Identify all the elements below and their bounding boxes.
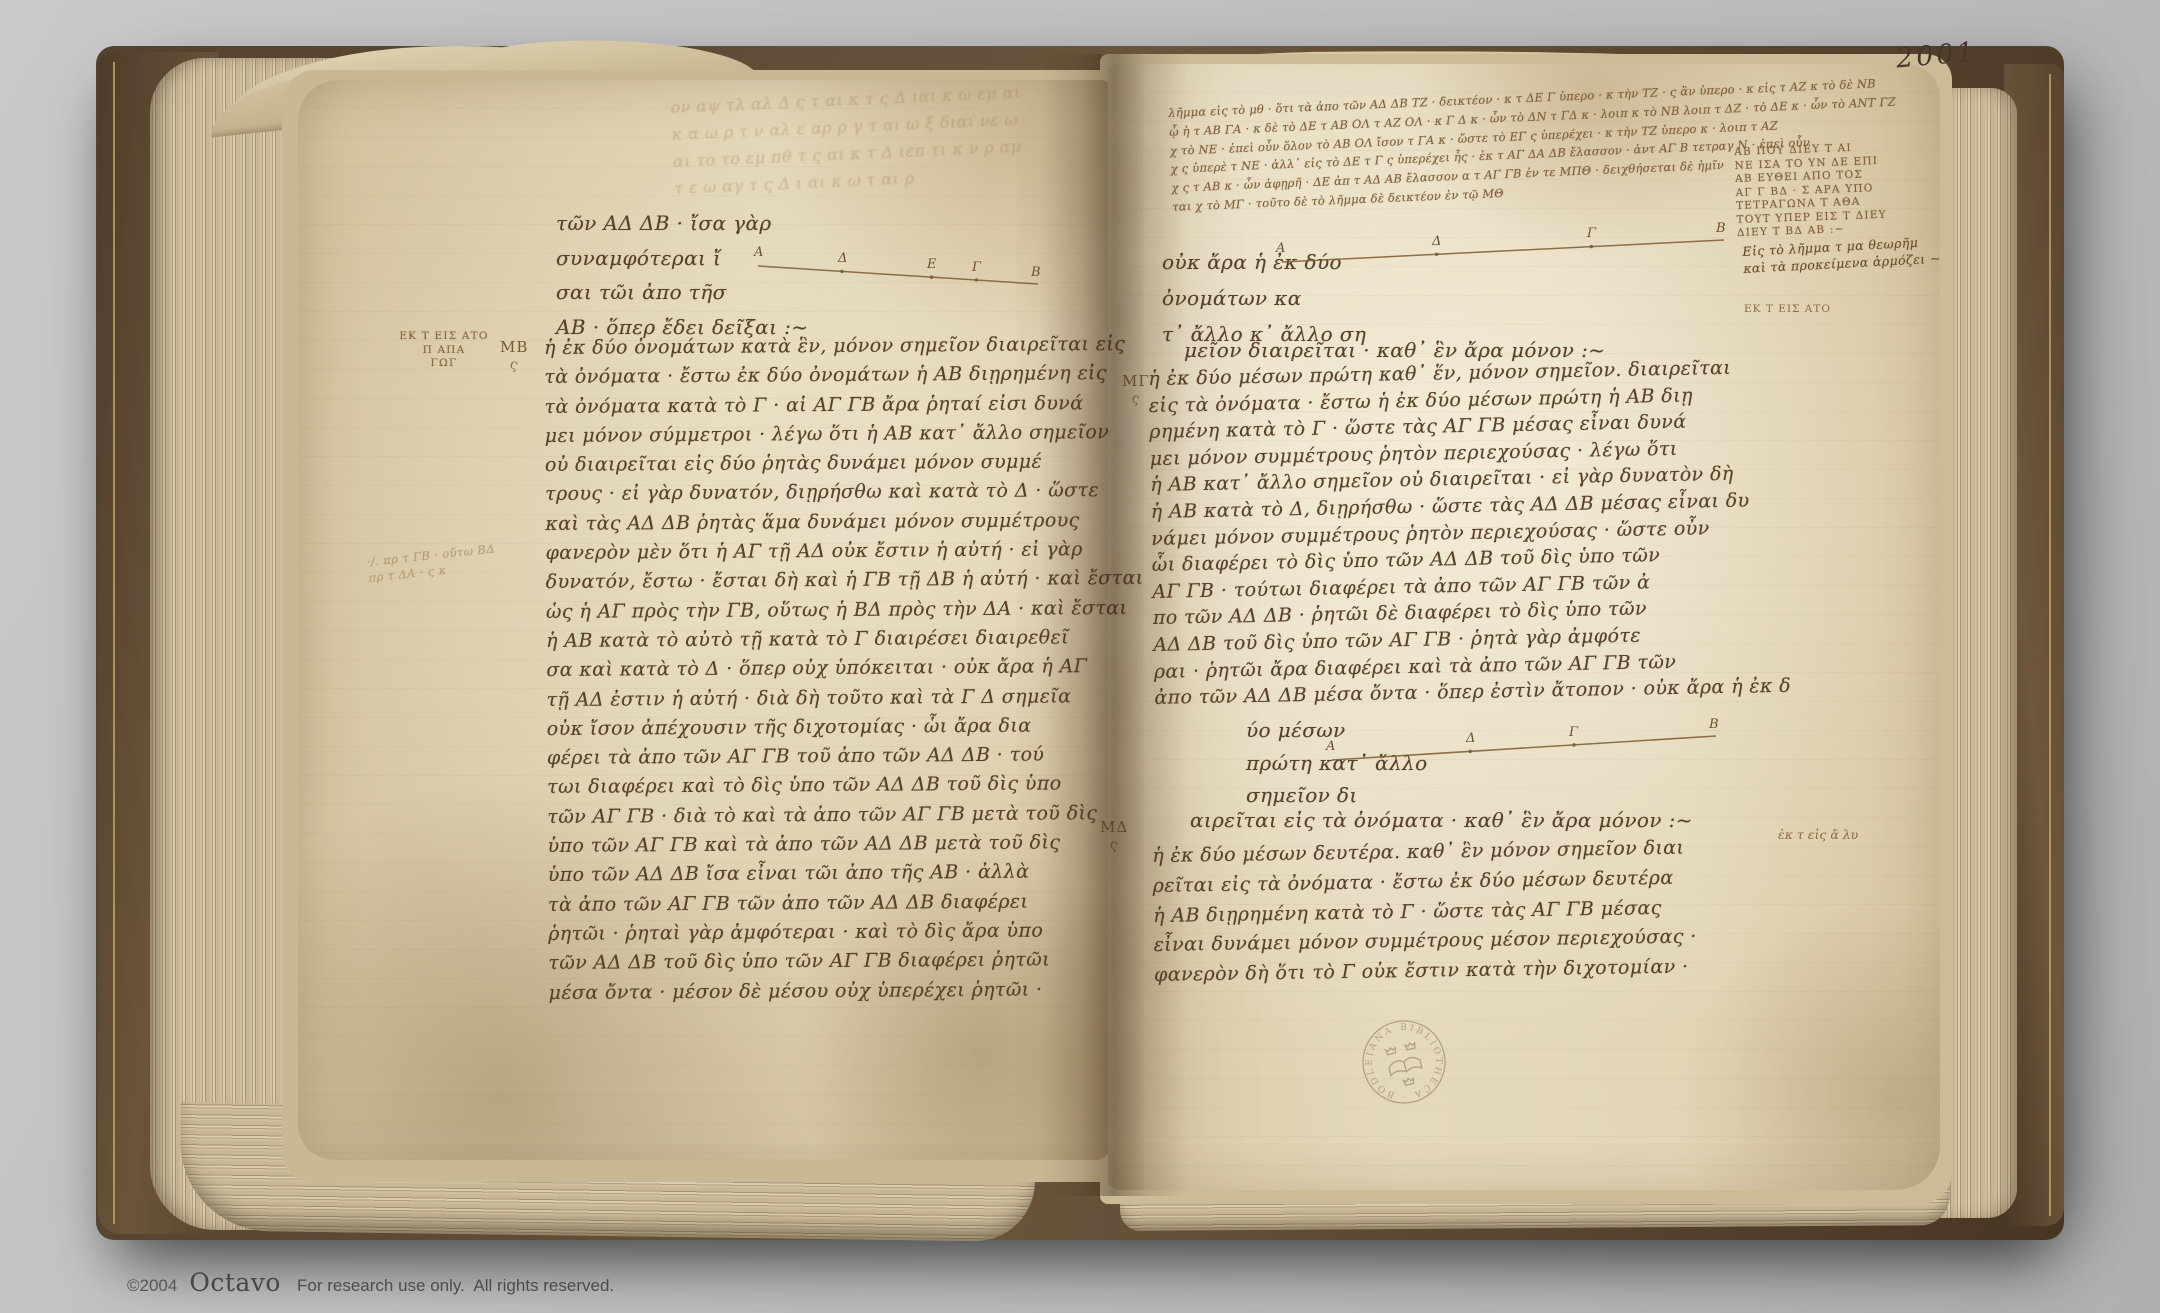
text-line: ὑπο τῶν ΑΔ ΔΒ ἴσα εἶναι τῶι ἀπο τῆς ΑΒ ·… xyxy=(548,857,1146,890)
text-line: μει μόνον σύμμετροι · λέγω ὅτι ἡ ΑΒ κατ᾽… xyxy=(545,418,1143,451)
proposition-number-label: ΜΔ xyxy=(1100,818,1128,836)
diagram-point-label: Γ xyxy=(1568,725,1579,740)
text-line: σα καὶ κατὰ τὸ Δ · ὅπερ οὐχ ὑπόκειται · … xyxy=(546,652,1144,685)
text-line: ὡς ἡ ΑΓ πρὸς τὴν ΓΒ, οὕτως ἡ ΒΔ πρὸς τὴν… xyxy=(546,593,1144,626)
book-spine-line xyxy=(1404,1062,1406,1072)
text-line: ὀνομάτων κα xyxy=(1162,280,1366,316)
text-line: δυνατόν, ἔστω · ἔσται δὴ καὶ ἡ ΓΒ τῇ ΔΒ … xyxy=(546,564,1144,597)
text-line: καὶ τὰς ΑΔ ΔΒ ῥητὰς ἅμα δυνάμει μόνον συ… xyxy=(545,506,1143,539)
text-line: τωι διαφέρει καὶ τὸ δὶς ὑπο τῶν ΑΔ ΔΒ το… xyxy=(547,769,1145,802)
text-line: ἡ ΑΒ κατὰ τὸ αὐτὸ τῇ κατὰ τὸ Γ διαιρέσει… xyxy=(546,623,1144,656)
text-line: μέσα ὄντα · μέσον δὲ μέσου οὐχ ὑπερέχει … xyxy=(548,974,1146,1007)
text-line: οὐ διαιρεῖται εἰς δύο ῥητὰς δυνάμει μόνο… xyxy=(545,447,1143,480)
text-line: σημεῖον δι xyxy=(1246,779,1428,812)
diagram-point-label: Β xyxy=(1715,221,1726,236)
margin-note-reductio: ΕΚ Τ ΕΙΣ ΑΤΟΠ ΑΠΑΓΩΓ xyxy=(384,330,504,371)
main-text-block-left: ἡ ἐκ δύο ὀνομάτων κατὰ ἓν, μόνον σημεῖον… xyxy=(544,330,1147,1008)
text-line: ΓΩΓ xyxy=(384,357,504,371)
diagram-point-label: Δ xyxy=(837,251,847,266)
margin-note-cursive: ἐκ τ εἰς ἄ λυ xyxy=(1778,827,1858,842)
line-diagram: Α Δ Γ Β xyxy=(1316,706,1731,774)
text-line: φανερὸν μὲν ὅτι ἡ ΑΓ τῇ ΑΔ οὐκ ἔστιν ἡ α… xyxy=(545,535,1143,568)
diagram-point-label: Α xyxy=(1325,739,1335,754)
diagram-point-label: Β xyxy=(1708,717,1719,732)
text-line: ὑπο τῶν ΑΓ ΓΒ καὶ τὰ ἀπο τῶν ΑΔ ΔΒ μετὰ … xyxy=(547,828,1145,861)
proposition-number-label: ΜΒ xyxy=(500,338,528,356)
photo-stage: ον αψ τλ αλ Δ ς τ αι κ τ ς Δ ιαι κ ω εμ … xyxy=(0,0,2160,1313)
ghost-bleedthrough-text: ον αψ τλ αλ Δ ς τ αι κ τ ς Δ ιαι κ ω εμ … xyxy=(670,79,1024,202)
diagram-point-label: Α xyxy=(1275,241,1285,256)
text-line: ἡ ἐκ δύο ὀνομάτων κατὰ ἓν, μόνον σημεῖον… xyxy=(544,330,1142,363)
diagram-point-label: Γ xyxy=(1586,226,1597,241)
diagram-point-label: Β xyxy=(1030,265,1041,280)
diagram-point-label: Δ xyxy=(1431,234,1441,249)
proposition-close-line: αιρεῖται εἰς τὰ ὀνόματα · καθ᾽ ἓν ἄρα μό… xyxy=(1190,808,1693,832)
text-line: τὰ ὀνόματα κατὰ τὸ Γ · αἱ ΑΓ ΓΒ ἄρα ῥητα… xyxy=(544,388,1142,421)
text-line: τὰ ὀνόματα · ἔστω ἐκ δύο ὀνομάτων ἡ ΑΒ δ… xyxy=(544,359,1142,392)
credit-line: ©2004 Octavo For research use only. All … xyxy=(127,1268,614,1297)
proposition-number: ΜΔ ς xyxy=(1100,818,1128,852)
scholia-margin-column: ΑΒ ΠΟΥ ΔΙΕΥ Τ ΑΙΝΕ ΙΣΑ ΤΟ ΥΝ ΔΕ ΕΠΙΑΒ ΕΥ… xyxy=(1734,141,1888,241)
text-line: φέρει τὰ ἀπο τῶν ΑΓ ΓΒ τοῦ ἀπο τῶν ΑΔ ΔΒ… xyxy=(547,740,1145,773)
proposition-number: ΜΒ ς xyxy=(500,338,528,372)
diagram-point-label: Δ xyxy=(1465,731,1475,746)
gold-fillet xyxy=(113,62,115,1224)
diagram-point-label: Α xyxy=(753,245,763,260)
proposition-number: ΜΓ ς xyxy=(1122,372,1150,406)
line-diagram: Α Δ Ε Γ Β xyxy=(746,236,1046,298)
text-line: ῥητῶι · ῥηταὶ γὰρ ἀμφότεραι · καὶ τὸ δὶς… xyxy=(548,916,1146,949)
diagram-point-label: Ε xyxy=(926,257,937,272)
text-line: οὐκ ἴσον ἀπέχουσιν τῆς διχοτομίας · ὧι ἄ… xyxy=(547,711,1145,744)
gold-fillet xyxy=(2049,74,2051,1216)
text-line: τῇ ΑΔ ἐστιν ἡ αὐτή · διὰ δὴ τοῦτο καὶ τὰ… xyxy=(546,681,1144,714)
octavo-logo: Octavo xyxy=(189,1268,281,1297)
text-line: τῶν ΑΔ ΔΒ τοῦ δὶς ὑπο τῶν ΑΓ ΓΒ διαφέρει… xyxy=(548,945,1146,978)
text-line: ΕΚ Τ ΕΙΣ ΑΤΟ xyxy=(384,330,504,344)
crown-icon xyxy=(1405,1042,1416,1050)
proposition-number-label: ΜΓ xyxy=(1122,372,1150,390)
rights-notice: For research use only. All rights reserv… xyxy=(297,1276,614,1296)
text-line: τρους · εἰ γὰρ δυνατόν, διῃρήσθω καὶ κατ… xyxy=(545,476,1143,509)
text-line: τὰ ἀπο τῶν ΑΓ ΓΒ τῶν ἀπο τῶν ΑΔ ΔΒ διαφέ… xyxy=(548,886,1146,919)
line-diagram: Α Δ Γ Β xyxy=(1266,220,1736,276)
copyright-year: ©2004 xyxy=(127,1276,177,1296)
main-text-block-right-lower: ἡ ἐκ δύο μέσων δευτέρα. καθ᾽ ἓν μόνον ση… xyxy=(1152,833,1697,990)
margin-note-reductio: ΕΚ Τ ΕΙΣ ΑΤΟ xyxy=(1744,303,1831,315)
crown-icon xyxy=(1385,1047,1396,1055)
main-text-block-right-upper: ἡ ἐκ δύο μέσων πρώτη καθ᾽ ἕν, μόνον σημε… xyxy=(1148,354,1791,712)
diagram-point-label: Γ xyxy=(971,260,982,275)
crown-icon xyxy=(1403,1077,1414,1085)
text-line: Π ΑΠΑ xyxy=(384,344,504,358)
text-line: τῶν ΑΓ ΓΒ · διὰ τὸ καὶ τὰ ἀπο τῶν ΑΓ ΓΒ … xyxy=(547,799,1145,832)
